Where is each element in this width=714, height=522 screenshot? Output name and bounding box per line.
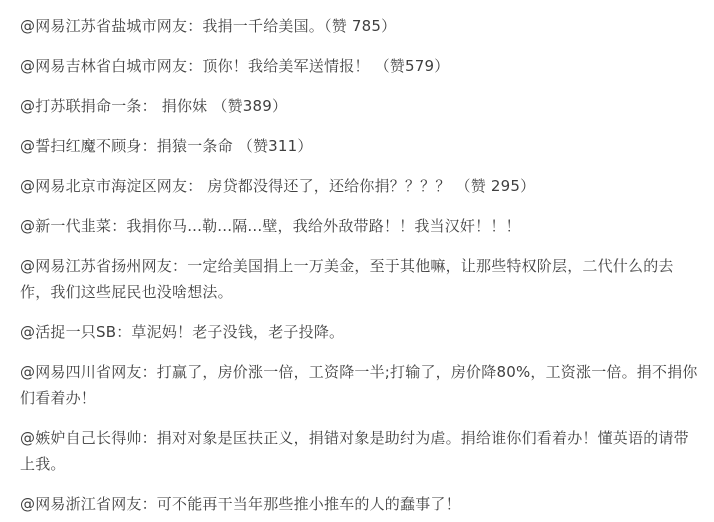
comment-list: @网易江苏省盐城市网友：我捐一千给美国。（赞 785） @网易吉林省白城市网友：… (0, 0, 714, 517)
comment: @网易江苏省扬州网友：一定给美国捐上一万美金，至于其他嘛，让那些特权阶层，二代什… (20, 253, 700, 305)
comment: @新一代韭菜：我捐你马...勒...隔...壁，我给外敌带路！！我当汉奸！！！ (20, 213, 700, 239)
comment: @誓扫红魔不顾身：捐猿一条命 （赞311） (20, 133, 700, 159)
comment: @打苏联捐命一条： 捐你妹 （赞389） (20, 93, 700, 119)
comment: @活捉一只SB：草泥妈！老子没钱，老子投降。 (20, 319, 700, 345)
comment: @网易北京市海淀区网友： 房贷都没得还了，还给你捐？？？？ （赞 295） (20, 173, 700, 199)
comment: @网易四川省网友：打赢了，房价涨一倍，工资降一半;打输了，房价降80%，工资涨一… (20, 359, 700, 411)
comment: @网易吉林省白城市网友：顶你！我给美军送情报！ （赞579） (20, 53, 700, 79)
comment: @嫉妒自己长得帅：捐对对象是匡扶正义，捐错对象是助纣为虐。捐给谁你们看着办！懂英… (20, 425, 700, 477)
comment: @网易浙江省网友：可不能再干当年那些推小推车的人的蠢事了！ (20, 491, 700, 517)
comment: @网易江苏省盐城市网友：我捐一千给美国。（赞 785） (20, 13, 700, 39)
